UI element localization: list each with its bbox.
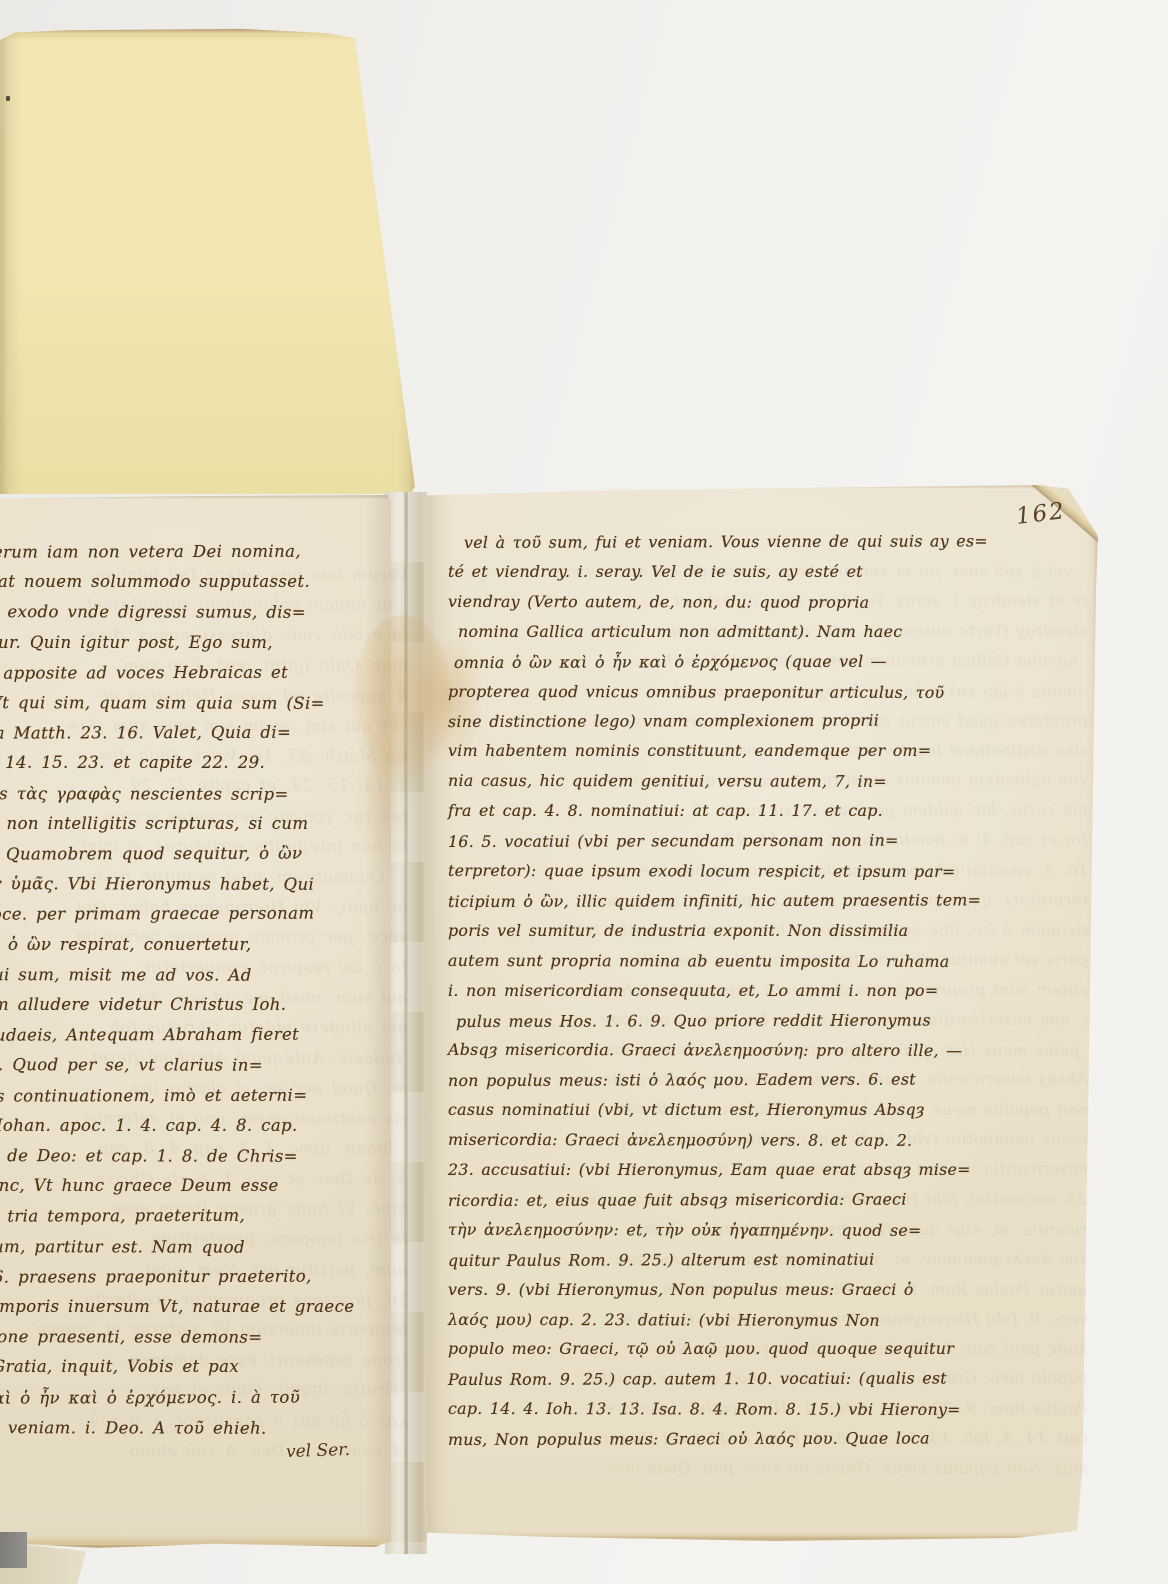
- manuscript-line: poris vel sumitur, de industria exponit.…: [448, 916, 1084, 946]
- manuscript-line: ia non intelligitis scripturas, si cum: [0, 809, 396, 839]
- manuscript-line: Iohan. apoc. 1. 4. cap. 4. 8. cap.: [0, 1111, 396, 1141]
- manuscript-line: i. non misericordiam consequuta, et, Lo …: [448, 976, 1084, 1006]
- paper-scrap-dark: [0, 1532, 27, 1568]
- manuscript-line: té et viendray. i. seray. Vel de ie suis…: [448, 557, 1084, 587]
- manuscript-line: 5. de Deo: et cap. 1. 8. de Chris=: [0, 1141, 396, 1172]
- manuscript-line: nomina Gallica articulum non admittant).…: [448, 617, 1084, 647]
- manuscript-line: non populus meus: isti ὁ λαός μου. Eadem…: [448, 1064, 1084, 1096]
- manuscript-line: omnia ὁ ὢν καὶ ὁ ἦν καὶ ὁ ἐρχόμενος (qua…: [448, 646, 1084, 678]
- manuscript-line: Vt qui sim, quam sim quia sum (Si=: [0, 688, 396, 719]
- manuscript-line: voce. per primam graecae personam: [0, 899, 396, 931]
- manuscript-line: hinc, Vt hunc graece Deum esse: [0, 1171, 396, 1201]
- manuscript-line: Quamobrem quod sequitur, ὁ ὢν: [0, 838, 396, 870]
- manuscript-line: 16. praesens praeponitur praeterito,: [0, 1261, 396, 1293]
- yellow-flyleaf-page: [0, 27, 415, 494]
- manuscript-line: m. Quod per se, vt clarius in=: [0, 1051, 396, 1082]
- manuscript-line: vel à τοῦ sum, fui et veniam. Vous vienn…: [448, 526, 1084, 558]
- manuscript-line: s. 14. 15. 23. et capite 22. 29.: [0, 748, 396, 778]
- manuscript-line: temporis inuersum Vt, naturae et graece: [0, 1292, 396, 1322]
- manuscript-line: autem sunt propria nomina ab euentu impo…: [448, 946, 1084, 977]
- manuscript-line: viendray (Verto autem, de, non, du: quod…: [448, 587, 1084, 618]
- manuscript-line: ris continuationem, imò et aeterni=: [0, 1080, 396, 1112]
- manuscript-line: nia casus, hic quidem genitiui, versu au…: [448, 766, 1084, 797]
- manuscript-line: in exodo vnde digressi sumus, dis=: [0, 597, 396, 628]
- manuscript-line: cap. 14. 4. Ioh. 13. 13. Isa. 8. 4. Rom.…: [448, 1394, 1084, 1425]
- manuscript-line: fra et cap. 4. 8. nominatiui: at cap. 11…: [448, 796, 1084, 826]
- manuscript-line: 23. accusatiui: (vbi Hieronymus, Eam qua…: [448, 1155, 1084, 1185]
- manuscript-line: sine distinctione lego) vnam complexione…: [448, 705, 1084, 737]
- manuscript-line: καὶ ὁ ἦν καὶ ὁ ἐρχόμενος. i. à τοῦ: [0, 1382, 396, 1414]
- manuscript-line: qui sum, misit me ad vos. Ad: [0, 960, 396, 991]
- manuscript-line: misericordia: Graeci ἀνελεημοσύνη) vers.…: [448, 1125, 1084, 1156]
- manuscript-line: ος ὑμᾶς. Vbi Hieronymus habet, Qui: [0, 869, 396, 900]
- manuscript-line: trone praesenti, esse demons=: [0, 1322, 396, 1353]
- manuscript-line: ticipium ὁ ὢν, illic quidem infiniti, hi…: [448, 885, 1084, 917]
- manuscript-line: to ὁ ὢν respirat, conuertetur,: [0, 930, 396, 960]
- manuscript-line: tia Matth. 23. 16. Valet, Quia di=: [0, 718, 396, 750]
- manuscript-line: Paulus Rom. 9. 25.) cap. autem 1. 10. vo…: [448, 1363, 1084, 1395]
- manuscript-photo: Verum iam non vetera Dei nomina,at nouem…: [0, 0, 1168, 1584]
- manuscript-line: pulus meus Hos. 1. 6. 9. Quo priore redd…: [448, 1005, 1084, 1037]
- right-page-text: vel à τοῦ sum, fui et veniam. Vous vienn…: [448, 527, 1084, 1454]
- manuscript-line: 16. 5. vocatiui (vbi per secundam person…: [448, 825, 1084, 857]
- manuscript-line: τὴν ἀνελεημοσύνην: et, τὴν οὐκ ἠγαπημένη…: [448, 1215, 1084, 1246]
- manuscript-line: in tria tempora, praeteritum,: [0, 1201, 396, 1233]
- manuscript-line: quitur Paulus Rom. 9. 25.) alterum est n…: [448, 1244, 1084, 1276]
- manuscript-line: ricordia: et, eius quae fuit absqȝ miser…: [448, 1184, 1084, 1216]
- manuscript-line: propterea quod vnicus omnibus praeponitu…: [448, 676, 1084, 707]
- manuscript-line: uum, partitur est. Nam quod: [0, 1232, 396, 1263]
- manuscript-line: vim habentem nominis constituunt, eandem…: [448, 736, 1084, 766]
- manuscript-line: casus nominatiui (vbi, vt dictum est, Hi…: [448, 1095, 1084, 1125]
- manuscript-line: vers. 9. (vbi Hieronymus, Non populus me…: [448, 1275, 1084, 1305]
- manuscript-line: Iudaeis, Antequam Abraham fieret: [0, 1020, 396, 1052]
- manuscript-line: at nouem solummodo supputasset.: [0, 567, 396, 597]
- manuscript-line: Verum iam non vetera Dei nomina,: [0, 536, 396, 568]
- manuscript-line: mur. Quin igitur post, Ego sum,: [0, 628, 396, 658]
- manuscript-line: Absqȝ misericordia. Graeci ἀνελεημοσύνη:…: [448, 1035, 1084, 1066]
- manuscript-line: tes τὰς γραφὰς nescientes scrip=: [0, 779, 396, 810]
- manuscript-line: populo meo: Graeci, τῷ οὐ λαῷ μου. quod …: [448, 1334, 1084, 1364]
- manuscript-line: Gratia, inquit, Vobis et pax: [0, 1352, 396, 1382]
- paper-edge-speck: [6, 96, 10, 101]
- left-page-text: Verum iam non vetera Dei nomina,at nouem…: [0, 537, 396, 1443]
- manuscript-line: um alludere videtur Christus Ioh.: [0, 990, 396, 1020]
- manuscript-line: terpretor): quae ipsum exodi locum respi…: [448, 856, 1084, 887]
- manuscript-line: mus, Non populus meus: Graeci οὐ λαός μο…: [448, 1423, 1084, 1455]
- manuscript-line: it apposite ad voces Hebraicas et: [0, 657, 396, 689]
- ghost-line: mus, Non populus meus: Graeci οὐ λαός μο…: [452, 1452, 1088, 1484]
- manuscript-line: λαός μου) cap. 2. 23. datiui: (vbi Hiero…: [448, 1304, 1084, 1335]
